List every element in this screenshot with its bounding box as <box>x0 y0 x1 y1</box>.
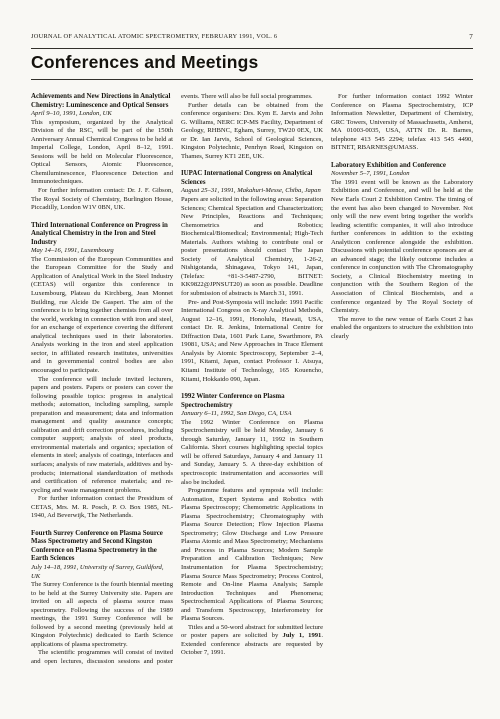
article-paragraph: The Commission of the European Communiti… <box>31 256 173 376</box>
article-paragraph: The Surrey Conference is the fourth bien… <box>31 581 173 649</box>
article-paragraph: For further information contact 1992 Win… <box>331 93 473 153</box>
section-title: Conferences and Meetings <box>31 52 259 73</box>
article-title: Achievements and New Directions in Analy… <box>31 93 173 110</box>
article-paragraph: This symposium, organized by the Analyti… <box>31 119 173 187</box>
conference-article: IUPAC International Congress on Analytic… <box>181 170 323 384</box>
articles-columns: Achievements and New Directions in Analy… <box>31 93 473 668</box>
article-paragraph: The 1992 Winter Conference on Plasma Spe… <box>181 419 323 487</box>
article-title: Fourth Surrey Conference on Plasma Sourc… <box>31 530 173 564</box>
article-date-location: November 5–7, 1991, London <box>331 170 473 179</box>
article-paragraph: For further information contact the Pres… <box>31 495 173 521</box>
article-paragraph: For further information contact: Dr. J. … <box>31 187 173 213</box>
article-paragraph: Papers are solicited in the following ar… <box>181 196 323 299</box>
page-number: 7 <box>469 33 473 41</box>
article-date-location: April 9–10, 1991, London, UK <box>31 110 173 119</box>
article-title: Laboratory Exhibition and Conference <box>331 162 473 171</box>
article-paragraph: Pre- and Post-Symposia will include: 199… <box>181 299 323 384</box>
journal-page: JOURNAL OF ANALYTICAL ATOMIC SPECTROMETR… <box>0 0 500 719</box>
article-title: 1992 Winter Conference on Plasma Spectro… <box>181 393 323 410</box>
article-date-location: January 6–11, 1992, San Diego, CA, USA <box>181 410 323 419</box>
article-paragraph: Titles and a 50-word abstract for submit… <box>181 624 323 658</box>
deadline-emphasis: July 1, 1991 <box>283 632 322 639</box>
conference-article: Achievements and New Directions in Analy… <box>31 93 173 213</box>
article-paragraph: The move to the new venue of Earls Court… <box>331 316 473 342</box>
running-header: JOURNAL OF ANALYTICAL ATOMIC SPECTROMETR… <box>31 33 473 41</box>
article-title: IUPAC International Congress on Analytic… <box>181 170 323 187</box>
article-paragraph: Programme features and symposia will inc… <box>181 487 323 624</box>
conference-article: Third International Conference on Progre… <box>31 222 173 521</box>
article-paragraph: The 1991 event will be known as the Labo… <box>331 179 473 316</box>
article-date-location: August 25–31, 1991, Makahuri-Messe, Chib… <box>181 187 323 196</box>
journal-title-line: JOURNAL OF ANALYTICAL ATOMIC SPECTROMETR… <box>31 33 277 41</box>
title-rule <box>31 79 473 80</box>
header-rule <box>31 48 473 49</box>
article-date-location: May 14–16, 1991, Luxembourg <box>31 247 173 256</box>
article-paragraph: Further details can be obtained from the… <box>181 102 323 162</box>
article-paragraph: The conference will include invited lect… <box>31 376 173 496</box>
article-date-location: July 14–18, 1991, University of Surrey, … <box>31 564 173 581</box>
article-title: Third International Conference on Progre… <box>31 222 173 248</box>
conference-article: Laboratory Exhibition and ConferenceNove… <box>331 162 473 341</box>
